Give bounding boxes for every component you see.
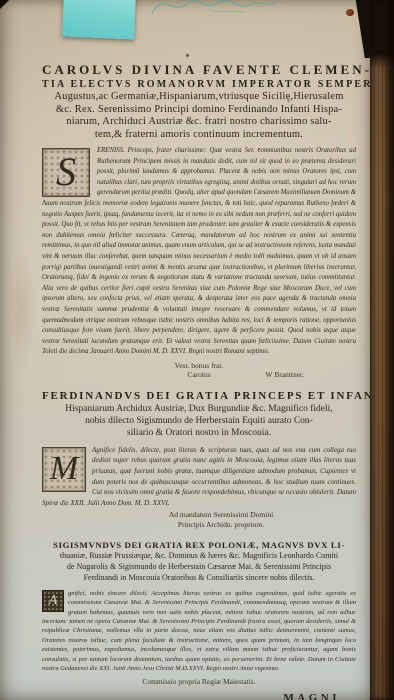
heading-ferdinandus-line: Hispaniarum Archidux Austriæ, Dux Burgun… <box>42 403 356 415</box>
heading-carolus-line: &c. Rex. Serenissimo Principi domino Fer… <box>42 104 356 117</box>
signature-valediction: Vest. bonus frat. <box>42 361 356 371</box>
mandate-line: Principis Archidu. proprium. <box>64 520 378 530</box>
handwriting-ink <box>148 0 278 16</box>
heading-carolus-line: tem,& fraterni amoris continuum incremen… <box>42 129 356 142</box>
signature-block: Vest. bonus frat. Carolus W Branttner. <box>42 361 356 381</box>
commissio-note: Commissio propria Regiæ Maiestatis. <box>42 677 356 687</box>
woodcut-initial-m: M <box>42 447 86 492</box>
heading-sigismundus-line: de Nugarolis & Sigismundo de Herberstain… <box>42 562 356 573</box>
book-page: CAROLVS DIVINA FAVENTE CLEMEN- TIA ELECT… <box>0 0 370 700</box>
heading-carolus-line: CAROLVS DIVINA FAVENTE CLEMEN- <box>42 62 356 78</box>
heading-sigismundus-line: Ferdinandi in Moscouia Oratoribus & Cons… <box>42 573 356 584</box>
heading-ferdinandus-line: FERDINANDVS DEI GRATIA PRINCEPS ET INFAN… <box>42 389 356 403</box>
heading-ferdinandus-line: siliario & Oratori nostro in Moscouia. <box>42 427 356 439</box>
book-photo: CAROLVS DIVINA FAVENTE CLEMEN- TIA ELECT… <box>0 0 394 700</box>
paper-stain <box>6 250 36 370</box>
page-corner-shadow <box>0 0 9 9</box>
signature-secretary: W Branttner. <box>265 370 304 380</box>
signature-carolus: Carolus <box>42 370 356 380</box>
heading-carolus-line: niarum, Archiduci Austriæ &c. fratri nos… <box>42 116 356 129</box>
letter-carolus-body: SERENISS. Princeps, frater charissime: Q… <box>42 146 356 358</box>
woodcut-initial-s: S <box>42 148 90 197</box>
book-fore-edge <box>370 0 394 700</box>
catchword-magni: MAGNI <box>42 692 356 700</box>
heading-carolus-line: Augustus,ac Germaniæ,Hispaniarum,vtriusq… <box>42 91 356 104</box>
paper-speck <box>186 54 189 57</box>
heading-sigismundus-line: SIGISMVNDVS DEI GRATIA REX POLONIÆ, MAGN… <box>42 539 356 551</box>
heading-carolus-line: TIA ELECTVS ROMANORVM IMPERATOR SEMPER <box>42 78 356 91</box>
wormhole-spot <box>346 9 354 16</box>
heading-sigismundus: SIGISMVNDVS DEI GRATIA REX POLONIÆ, MAGN… <box>42 539 356 583</box>
letter-sigismundus-body: Agnifici, nobis sincere dilecti. Accepim… <box>42 589 356 674</box>
sticky-note-tab <box>62 0 136 40</box>
mandate-line: Ad mandatum Serenissimi Domini <box>64 510 378 520</box>
letter-ferdinandus-body: MAgnifice fidelis, dilecte, post literas… <box>42 445 356 509</box>
heading-ferdinandus: FERDINANDVS DEI GRATIA PRINCEPS ET INFAN… <box>42 389 356 439</box>
printed-text-block: CAROLVS DIVINA FAVENTE CLEMEN- TIA ELECT… <box>42 62 356 700</box>
mandate-note: Ad mandatum Serenissimi Domini Principis… <box>64 510 378 530</box>
heading-sigismundus-line: thuaniæ, Russiæ Prussiæque, &c. Dominus … <box>42 551 356 562</box>
woodcut-initial-a: A <box>42 590 64 612</box>
heading-ferdinandus-line: nobis dilecto Sigismundo de Herberstain … <box>42 415 356 427</box>
heading-carolus: CAROLVS DIVINA FAVENTE CLEMEN- TIA ELECT… <box>42 62 356 141</box>
letter-ferdinandus-text: Agnifice fidelis, dilecte, post literas … <box>42 446 356 507</box>
letter-sigismundus-text: gnifici, nobis sincere dilecti. Accepimu… <box>42 590 356 672</box>
